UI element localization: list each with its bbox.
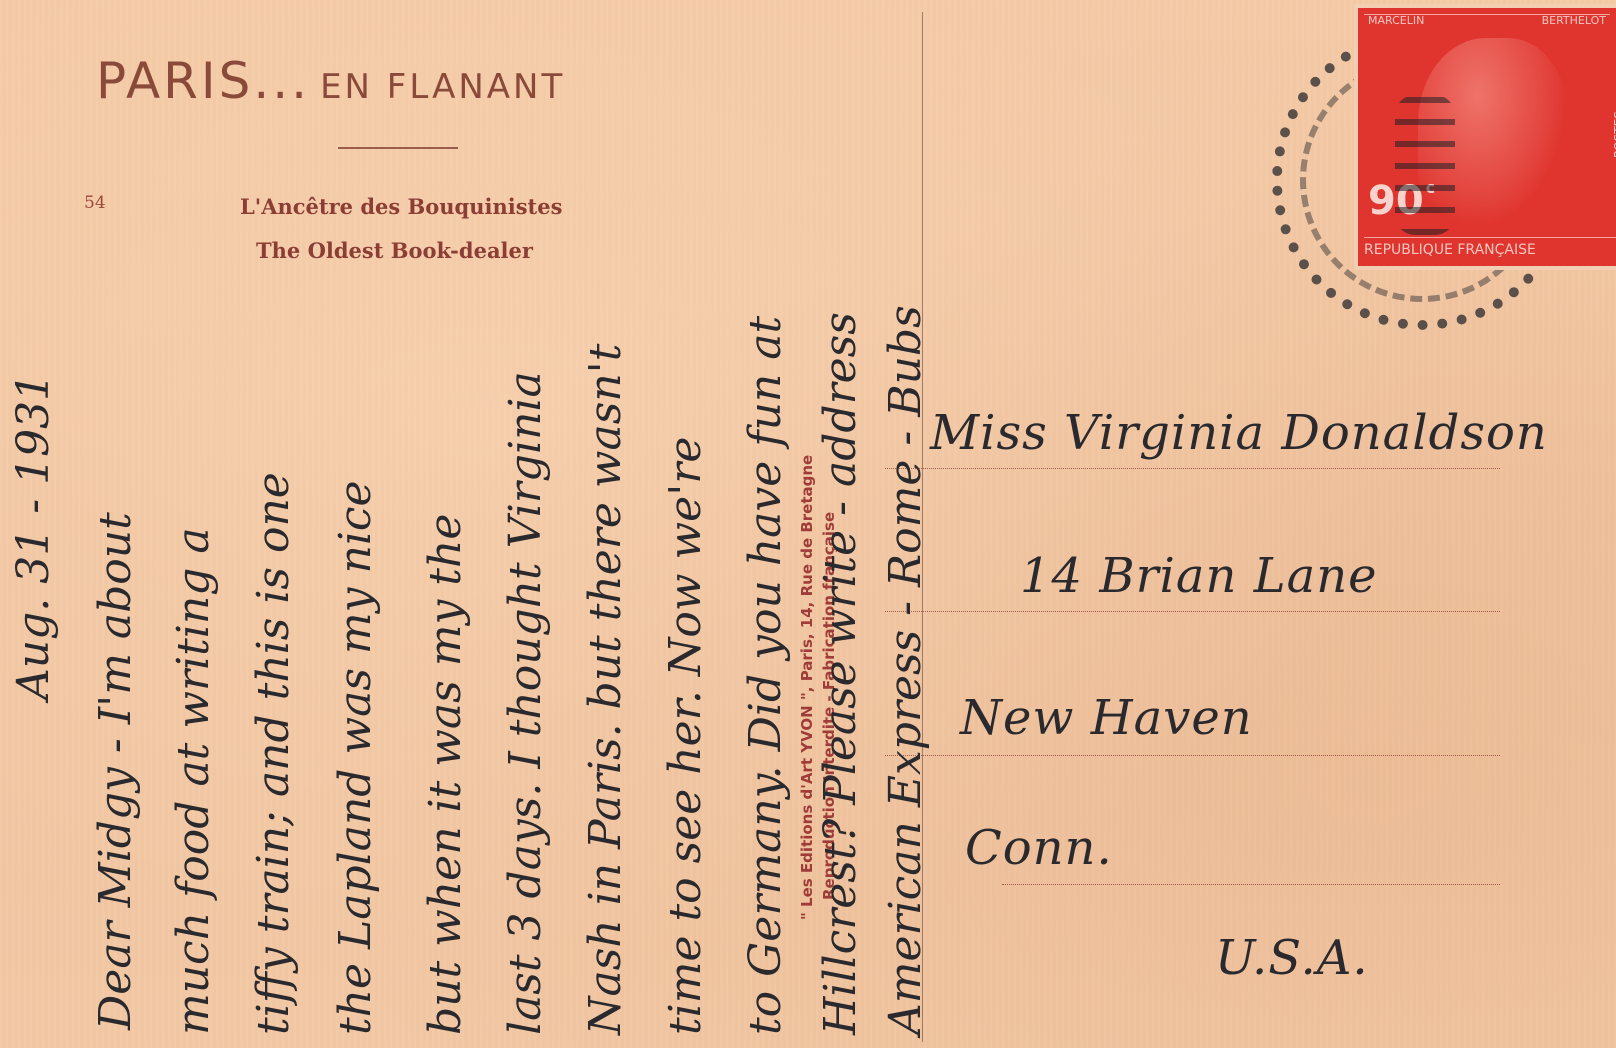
address-line-rule xyxy=(885,755,1500,756)
recipient-city: New Haven xyxy=(960,690,1253,746)
message-line: much food at writing a xyxy=(168,527,219,1035)
address-line-rule xyxy=(885,468,1500,469)
message-line: but when it was my the xyxy=(420,514,471,1035)
message-line: last 3 days. I thought Virginia xyxy=(500,371,551,1035)
stamp-country: REPUBLIQUE FRANÇAISE xyxy=(1364,237,1616,258)
series-title-sub: EN FLANANT xyxy=(320,67,565,107)
message-date: Aug. 31 - 1931 xyxy=(8,373,59,700)
publisher-imprint: " Les Editions d'Art YVON ", Paris, 14, … xyxy=(798,455,816,920)
series-title: PARIS...EN FLANANT xyxy=(96,52,565,110)
plate-number: 54 xyxy=(84,193,106,213)
recipient-state: Conn. xyxy=(965,820,1113,876)
message-line: time to see her. Now we're xyxy=(660,437,711,1035)
stamp-header: MARCELIN BERTHELOT xyxy=(1368,14,1606,27)
cancellation-bars xyxy=(1395,95,1455,235)
address-line-rule xyxy=(1002,884,1500,885)
message-line: American Express - Rome - Bubs xyxy=(880,305,931,1035)
stamp-name-last: BERTHELOT xyxy=(1542,14,1606,27)
recipient-country: U.S.A. xyxy=(1215,930,1369,986)
title-rule xyxy=(338,147,458,149)
stamp-side-label: POSTES xyxy=(1612,111,1616,158)
caption-french: L'Ancêtre des Bouquinistes xyxy=(240,194,562,219)
recipient-name: Miss Virginia Donaldson xyxy=(930,405,1548,461)
message-line: tiffy train; and this is one xyxy=(248,472,299,1035)
address-line-rule xyxy=(885,611,1500,612)
message-line: Nash in Paris. but there wasn't xyxy=(580,344,631,1035)
stamp-name-first: MARCELIN xyxy=(1368,14,1424,27)
message-line: to Germany. Did you have fun at xyxy=(740,316,791,1035)
message-line: the Lapland was my nice xyxy=(330,480,381,1035)
recipient-street: 14 Brian Lane xyxy=(1020,548,1378,604)
message-line: Dear Midgy - I'm about xyxy=(90,512,141,1030)
series-title-main: PARIS... xyxy=(96,52,310,110)
message-line: Hillcrest? Please write - address xyxy=(815,312,866,1035)
postcard-back: PARIS...EN FLANANT 54 L'Ancêtre des Bouq… xyxy=(0,0,1616,1048)
caption-english: The Oldest Book-dealer xyxy=(256,238,533,263)
